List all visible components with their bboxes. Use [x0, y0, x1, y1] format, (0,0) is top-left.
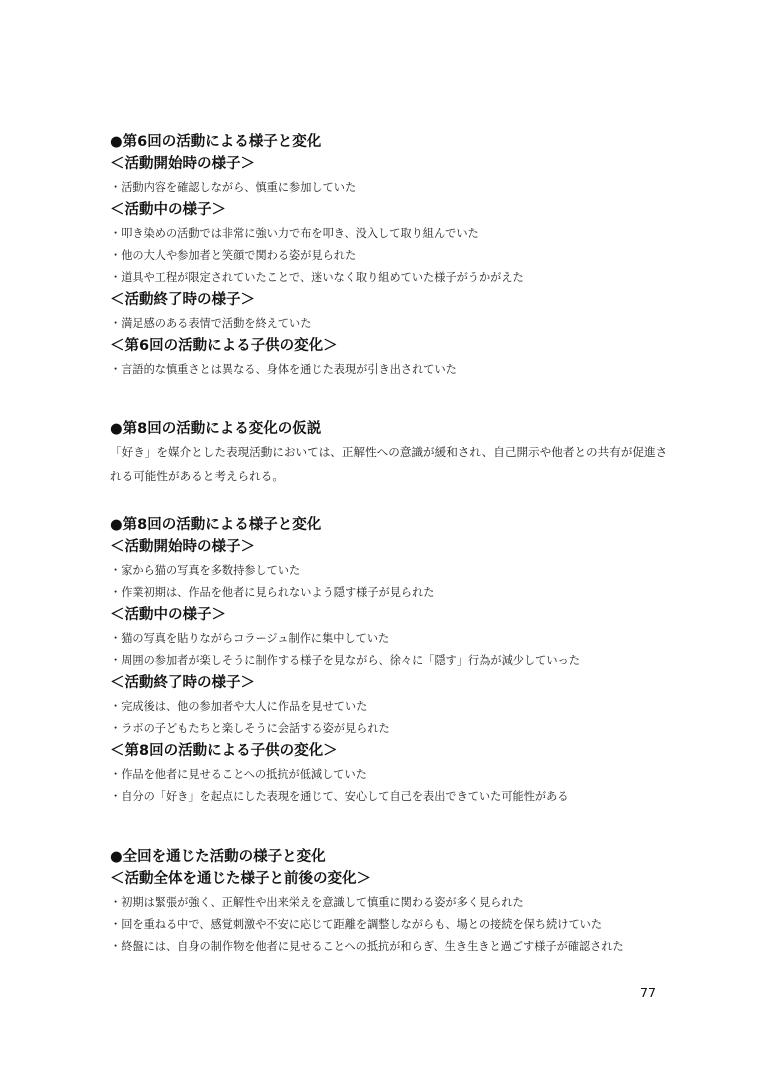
list-item: ・ラボの子どもたちと楽しそうに会話する姿が見られた	[110, 718, 670, 740]
section-title: ●第6回の活動による様子と変化	[110, 131, 670, 153]
section-title: ●第8回の活動による様子と変化	[110, 514, 670, 536]
list-item: ・回を重ねる中で、感覚刺激や不安に応じて距離を調整しながらも、場との接続を保ち続…	[110, 914, 670, 936]
list-item: ・他の大人や参加者と笑顔で関わる姿が見られた	[110, 245, 670, 267]
page-number: 77	[640, 985, 656, 1000]
list-item: ・家から猫の写真を多数持参していた	[110, 560, 670, 582]
subsection-heading: ＜活動全体を通じた様子と前後の変化＞	[110, 868, 670, 892]
subsection-heading: ＜活動開始時の様子＞	[110, 153, 670, 177]
hypothesis-paragraph: 「好き」を媒介とした表現活動においては、正解性への意識が緩和され、自己開示や他者…	[110, 440, 670, 488]
subsection-heading: ＜活動開始時の様子＞	[110, 536, 670, 560]
list-item: ・完成後は、他の参加者や大人に作品を見せていた	[110, 696, 670, 718]
section-session6: ●第6回の活動による様子と変化 ＜活動開始時の様子＞ ・活動内容を確認しながら、…	[110, 131, 670, 381]
list-item: ・言語的な慎重さとは異なる、身体を通じた表現が引き出されていた	[110, 359, 670, 381]
subsection-heading: ＜活動中の様子＞	[110, 604, 670, 628]
subsection-heading: ＜第8回の活動による子供の変化＞	[110, 740, 670, 764]
section-title: ●全回を通じた活動の様子と変化	[110, 846, 670, 868]
list-item: ・作業初期は、作品を他者に見られないよう隠す様子が見られた	[110, 582, 670, 604]
section-session8-hypothesis: ●第8回の活動による変化の仮説 「好き」を媒介とした表現活動においては、正解性へ…	[110, 418, 670, 488]
section-session8: ●第8回の活動による様子と変化 ＜活動開始時の様子＞ ・家から猫の写真を多数持参…	[110, 514, 670, 808]
subsection-heading: ＜第6回の活動による子供の変化＞	[110, 335, 670, 359]
list-item: ・満足感のある表情で活動を終えていた	[110, 313, 670, 335]
list-item: ・周囲の参加者が楽しそうに制作する様子を見ながら、徐々に「隠す」行為が減少してい…	[110, 650, 670, 672]
subsection-heading: ＜活動中の様子＞	[110, 199, 670, 223]
list-item: ・作品を他者に見せることへの抵抗が低減していた	[110, 764, 670, 786]
document-page: ●第6回の活動による様子と変化 ＜活動開始時の様子＞ ・活動内容を確認しながら、…	[0, 0, 768, 1087]
list-item: ・猫の写真を貼りながらコラージュ制作に集中していた	[110, 628, 670, 650]
list-item: ・初期は緊張が強く、正解性や出来栄えを意識して慎重に関わる姿が多く見られた	[110, 892, 670, 914]
subsection-heading: ＜活動終了時の様子＞	[110, 289, 670, 313]
list-item: ・叩き染めの活動では非常に強い力で布を叩き、没入して取り組んでいた	[110, 223, 670, 245]
list-item: ・自分の「好き」を起点にした表現を通じて、安心して自己を表出できていた可能性があ…	[110, 786, 670, 808]
list-item: ・道具や工程が限定されていたことで、迷いなく取り組めていた様子がうかがえた	[110, 267, 670, 289]
list-item: ・活動内容を確認しながら、慎重に参加していた	[110, 177, 670, 199]
list-item: ・終盤には、自身の制作物を他者に見せることへの抵抗が和らぎ、生き生きと過ごす様子…	[110, 936, 670, 958]
subsection-heading: ＜活動終了時の様子＞	[110, 672, 670, 696]
section-title: ●第8回の活動による変化の仮説	[110, 418, 670, 440]
section-all-sessions: ●全回を通じた活動の様子と変化 ＜活動全体を通じた様子と前後の変化＞ ・初期は緊…	[110, 846, 670, 958]
